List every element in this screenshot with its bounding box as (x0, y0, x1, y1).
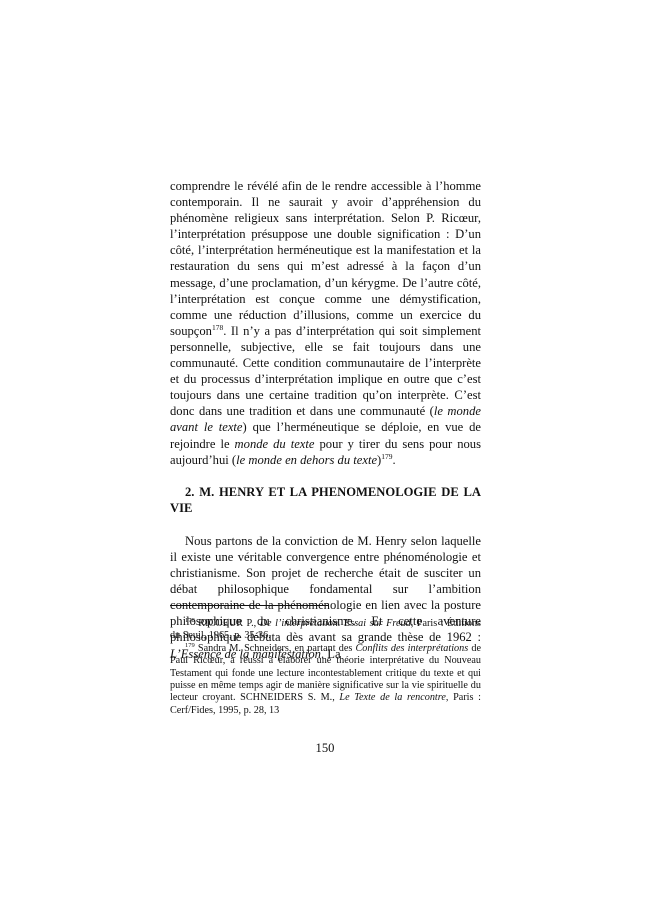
footnote-number: 179 (185, 642, 195, 649)
paragraph-ricoeur: comprendre le révélé afin de le rendre a… (170, 178, 481, 468)
text: . (393, 453, 396, 467)
italic-text: Conflits des interprétations (355, 643, 468, 654)
footnote-separator (170, 605, 328, 606)
page-number: 150 (0, 741, 650, 756)
text: Sandra M. Schneiders, en partant des (195, 643, 356, 654)
text: comprendre le révélé afin de le rendre a… (170, 179, 481, 338)
text: RICOEUR P., (195, 618, 260, 629)
footnote-178: 178 RICOEUR P., De l’interprétation. Ess… (170, 618, 481, 643)
italic-text: Le Texte de la rencontre (339, 692, 445, 703)
page-body: comprendre le révélé afin de le rendre a… (170, 178, 481, 662)
italic-text: De l’interprétation. Essai sur Freud (260, 618, 411, 629)
footnote-179: 179 Sandra M. Schneiders, en partant des… (170, 643, 481, 717)
footnote-ref-179[interactable]: 179 (381, 452, 392, 461)
footnotes: 178 RICOEUR P., De l’interprétation. Ess… (170, 618, 481, 717)
footnote-ref-178[interactable]: 178 (212, 323, 223, 332)
footnote-number: 178 (185, 617, 195, 624)
section-heading: 2. M. HENRY ET LA PHENOMENOLOGIE DE LA V… (170, 484, 481, 516)
italic-text: le monde en dehors du texte (236, 453, 377, 467)
italic-text: monde du texte (235, 437, 315, 451)
